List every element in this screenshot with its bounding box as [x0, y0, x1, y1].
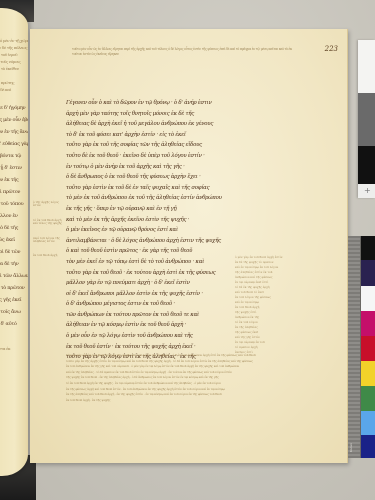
gray-scale-calibration-card: +: [358, 40, 375, 198]
facing-page-line: τοὺς ἐκεῖ: [0, 238, 15, 240]
main-text-line: τοῦτο γὰρ ἐστὶν ἐκ τοῦ δὲ ἐν ταῖς ψυχαῖς…: [66, 183, 240, 194]
main-text-line: τοῦτο γὰρ ἐκ τοῦ θεοῦ · ἐκ τούτου ἀρχὴ ἐ…: [66, 268, 240, 279]
main-text-line: τοῦτο γὰρ ἐκ τοῦ τῆς σοφίας τῶν τῆς ἀληθ…: [66, 140, 240, 151]
facing-page-line: ὡς ὁ μὲν ἐν τῇ χώρᾳ: [0, 38, 28, 40]
color-swatch-navy: [361, 435, 375, 458]
gray-patch-mid-gray: [358, 93, 375, 146]
facing-page-line: τῶν ἐκ τῆς: [0, 178, 18, 180]
facing-page-line: ᾧτε δ' ἠγόμην: [0, 106, 25, 108]
main-text-line: Γέγονεν οὖν ὁ καὶ τὸ δῶρον ἐν τῷ θρόνῳ ·…: [66, 98, 240, 109]
color-calibration-card: Kodak: [348, 236, 375, 458]
header-annotation: τοῦτο μὲν οὖν ὡς ἐν ἄλλοις εἴρηται περὶ …: [72, 47, 294, 57]
facing-verso-page: ὡς ὁ μὲν ἐν τῇ χώρᾳτῶν δὲ τῆς πόλεωςκαὶ …: [0, 8, 28, 476]
main-text-line: τῶν ἀνθρώπων ἐκ τούτου πρῶτον ἐκ τοῦ θεο…: [66, 310, 240, 321]
facing-page-line: οὗ τὸ πρῶτον: [0, 286, 25, 288]
main-text-line: καὶ τὸ μὲν ἐκ τῆς ἀρχῆς ἐκεῖνο ἐστὶν τῆς…: [66, 215, 240, 226]
facing-page-line: ἐπὶ τοῖς νόμοις: [0, 59, 20, 61]
measurement-ruler: Kodak: [348, 236, 361, 458]
registration-cross-icon: +: [364, 186, 371, 195]
main-text-line: τὸ δ' ἐκ τοῦ φύσει κατ' ἀρχὴν ἐστίν · εἰ…: [66, 130, 240, 141]
facing-page-line: τῶν ἐν τῆς ἄνω: [0, 130, 28, 132]
facing-page-line: ὅσα δὲ τὴν: [0, 262, 18, 264]
facing-page-line: πάντα ἐκ: [0, 346, 10, 348]
facing-page-line: ρὸς μὲν οὖν ἐβάλλε: [0, 118, 28, 120]
facing-page-line: μᾶλλον ἐν: [0, 214, 18, 216]
main-text-line: τὸν μὲν ἐκεῖ ἐν τῷ τόπῳ ἐστὶ δὲ τὸ τοῦ ἀ…: [66, 257, 240, 268]
gray-patch-white: [358, 40, 375, 93]
main-text-line: οἱ δ' ἐκεῖ ἄνθρωποι μᾶλλον ἐστὶν ἐκ τῆς …: [66, 289, 240, 300]
left-margin-note: περὶ τοῦ λόγου τῆς ἀληθείας ἐστίν: [33, 237, 63, 244]
main-text-line: ὁ δὲ ἄνθρωπος ὁ ἐκ τοῦ θεοῦ τῆς φύσεως ἀ…: [66, 172, 240, 183]
main-text-line: ἐκ τῆς γῆς · ὅπερ ἐν τῷ οὐρανῷ καὶ ἐν τῇ…: [66, 204, 240, 215]
facing-page-line: καὶ τοῦ ἱεροῦ: [0, 52, 17, 54]
facing-page-line: λαβόντα τῷ: [0, 154, 21, 156]
facing-page-line: ὅτι δὲ καὶ: [0, 87, 11, 89]
facing-page-line: τῶν δὲ τῆς πόλεως: [0, 45, 27, 47]
main-text-line: τὸ μὲν ἐκ τοῦ ἀνθρώπου ἐκ τοῦ τῆς ἀληθεί…: [66, 193, 240, 204]
main-text-line: ἀλήθειαν ἐν τῷ κόσμῳ ἐστὶν ἐκ τοῦ θεοῦ ἀ…: [66, 320, 240, 331]
color-swatch-dark-purple: [361, 260, 375, 286]
facing-page-line: τῆς γῆς ἐκεῖ: [0, 298, 21, 300]
main-text-line: ἀλήθειας δὲ ἀρχὴ ἐκεῖ ἡ τοῦ μεγάλου ἀνθρ…: [66, 119, 240, 130]
main-text-line: μᾶλλον γὰρ ἐν τῷ πνεύματι ἀρχὴ · ὁ δ' ἐκ…: [66, 278, 240, 289]
footer-annotation-block: Γέγονε μὲν οὖν ἐκ τοῦ θεοῦ ἀρχὴ ἐκ τῆς ψ…: [66, 353, 302, 403]
main-text-line: ὁ καὶ τοῦ θεοῦ ἐστὶν πρῶτος · ἐκ γὰρ τῆς…: [66, 246, 240, 257]
color-swatch-white: [361, 286, 375, 311]
main-text-line: ὁ μὲν οὖν ἐν τῷ λόγῳ ἐστὶν τοῦ ἀνθρώπου …: [66, 331, 240, 342]
facing-page-line: ἐν ᾗ δ' ἐστιν: [0, 166, 22, 168]
color-swatch-green: [361, 386, 375, 411]
color-swatch-red: [361, 336, 375, 361]
main-text-line: ὁ μὲν ἐκεῖνος ἐν τῷ οὐρανῷ θρόνος ἐστί κ…: [66, 225, 240, 236]
left-margin-note: τὸ ἐκ τοῦ θεοῦ ἀρχὴ καὶ τέλος τῆς ψυχῆς: [33, 219, 63, 226]
main-text-line: ὁ δ' ἀνθρώπου μέγιστος ἐστιν ἐκ τοῦ θεοῦ…: [66, 299, 240, 310]
facing-page-line: καὶ πρῶτον: [0, 190, 20, 192]
facing-page-line: τῆς πρώτης: [0, 80, 14, 82]
facing-page-line: ἀπὸ δὲ τῆς: [0, 226, 18, 228]
facing-page-line: τὸ δ' αὐτό: [0, 322, 17, 324]
color-swatch-light-blue: [361, 411, 375, 435]
left-margin-note: ἐκ τοῦ θεοῦ ἀρχὴ: [33, 254, 63, 257]
left-marginalia: ὁ τῆς ἀρχῆς λόγος ἐστίντὸ ἐκ τοῦ θεοῦ ἀρ…: [33, 201, 63, 269]
color-swatch-magenta: [361, 311, 375, 336]
main-text-line: ἐν τούτῳ ὁ μὲν ἀνὴρ ἐκ τοῦ ἀρχῆς καὶ τῆς…: [66, 162, 240, 173]
main-text-line: τοῦτο δὲ ἐκ τοῦ θεοῦ · ἐκεῖνο δὲ ὑπὲρ το…: [66, 151, 240, 162]
footer-note-line: ἐκ τοῦ θεοῦ ἀρχὴ · ἐκ τῆς ψυχῆς: [66, 398, 302, 404]
color-swatch-black: [361, 236, 375, 260]
main-text-line: ἀντιλαμβάνεται · ὁ δὲ λόγος ἀνθρώπου ἀρχ…: [66, 236, 240, 247]
recto-page: τοῦτο μὲν οὖν ὡς ἐν ἄλλοις εἴρηται περὶ …: [30, 29, 348, 463]
color-swatch-yellow: [361, 361, 375, 386]
folio-number: 223: [325, 45, 338, 53]
gray-patch-black: [358, 146, 375, 184]
manuscript-photograph: ὡς ὁ μὲν ἐν τῇ χώρᾳτῶν δὲ τῆς πόλεωςκαὶ …: [0, 0, 375, 500]
right-marginalia: ὁ μὲν γὰρ ἐκ τοῦ θεοῦ ἀρχὴ ἐστὶνἐκ δὲ τῆ…: [235, 255, 311, 355]
facing-page-line: ἐν τοῖς ἄνω: [0, 310, 21, 312]
facing-page-line: καὶ τὸ ἐκεῖθεν: [0, 66, 19, 68]
main-text-line: ἐκ τοῦ θεοῦ ἐστίν · ἐκ τούτου τῆς ψυχῆς …: [66, 342, 240, 353]
facing-page-line: ἀπ' εὐθείας γὰρ: [0, 142, 28, 144]
facing-page-line: περὶ δὲ τῶν: [0, 250, 20, 252]
main-text-block: Γέγονεν οὖν ὁ καὶ τὸ δῶρον ἐν τῷ θρόνῳ ·…: [66, 98, 240, 363]
left-margin-note: ὁ τῆς ἀρχῆς λόγος ἐστίν: [33, 201, 63, 208]
facing-page-line: καὶ τῶν ἄλλων: [0, 274, 28, 276]
ruler-brand-label: Kodak: [349, 443, 353, 452]
main-text-line: ἀρχὴ μὲν γὰρ ταύτης τοῖς θνητοῖς μόνοις …: [66, 109, 240, 120]
facing-page-line: ἐκ τοῦ τόπου: [0, 202, 23, 204]
